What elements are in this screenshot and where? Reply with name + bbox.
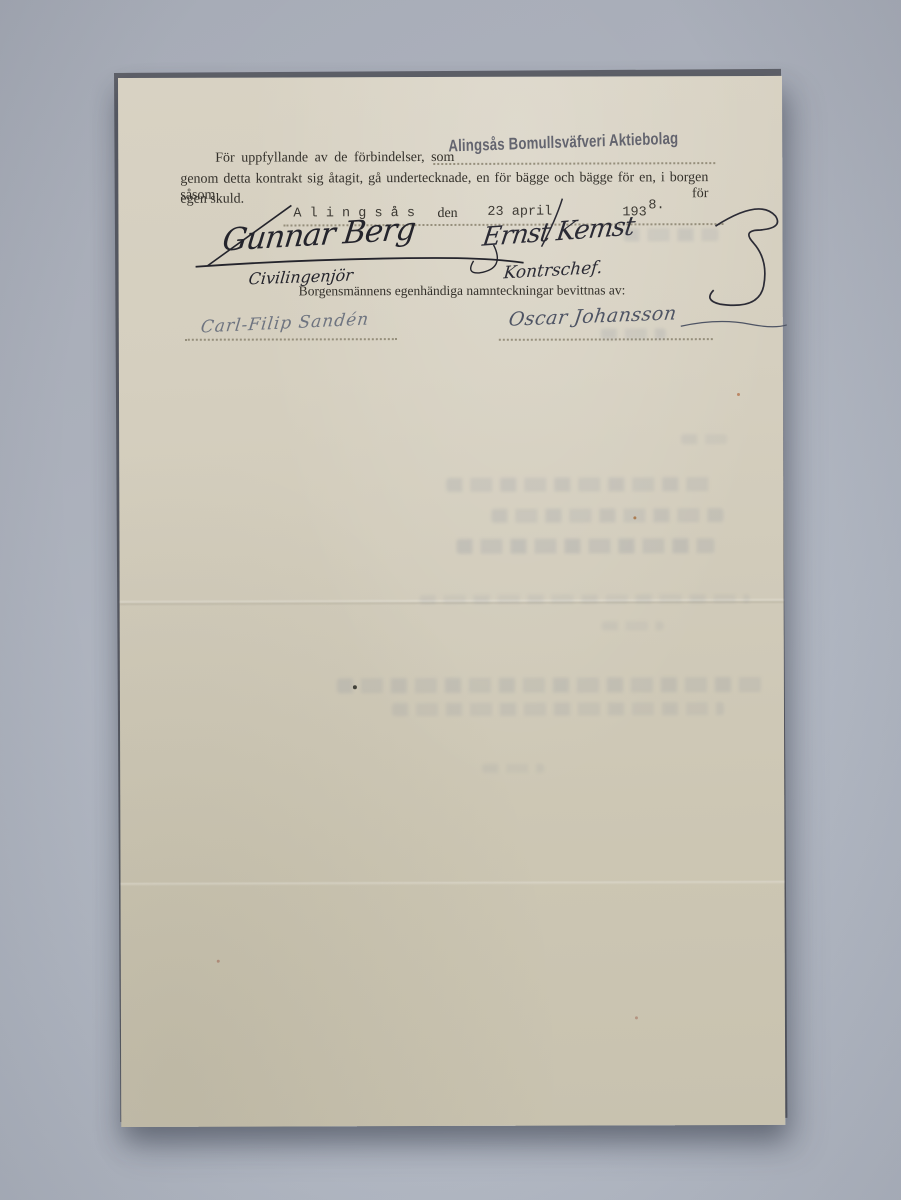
witness-attestation-line: Borgensmännens egenhändiga namnteckninga… (299, 282, 626, 299)
company-stamp: Alingsås Bomullsväfveri Aktiebolag (448, 129, 678, 156)
witness-right-tail-stroke (681, 321, 787, 327)
bleed-through-text (681, 434, 727, 444)
rust-speck (633, 516, 636, 519)
witness-left-name: Carl-Filip Sandén (200, 309, 371, 337)
bleed-through-text (491, 508, 723, 523)
bleed-through-text (602, 621, 664, 630)
rust-speck (737, 393, 740, 396)
bleed-through-text (392, 702, 724, 716)
right-signature-tail-loop (710, 209, 778, 305)
bleed-through-text (482, 764, 544, 773)
witness-left-dotted-line (185, 338, 397, 341)
witness-right-tail (679, 318, 789, 332)
photo-of-document: { "scene": { "background_color": "#aeb4b… (0, 0, 901, 1200)
bleed-through-text (456, 538, 714, 554)
rust-speck (635, 1016, 638, 1019)
document-page: För uppfyllande av de förbindelser, som … (118, 76, 785, 1127)
rust-speck (217, 960, 220, 963)
stamp-dotted-line (433, 162, 715, 165)
bleed-through-text (337, 677, 767, 693)
paragraph-line-1: För uppfyllande av de förbindelser, som (215, 150, 454, 167)
bleed-through-text (623, 228, 718, 241)
bleed-through-text (420, 594, 750, 604)
bleed-through-text (601, 328, 666, 339)
bleed-through-text (446, 477, 714, 492)
fold-crease-lower (121, 881, 785, 886)
ink-speck (353, 685, 357, 689)
